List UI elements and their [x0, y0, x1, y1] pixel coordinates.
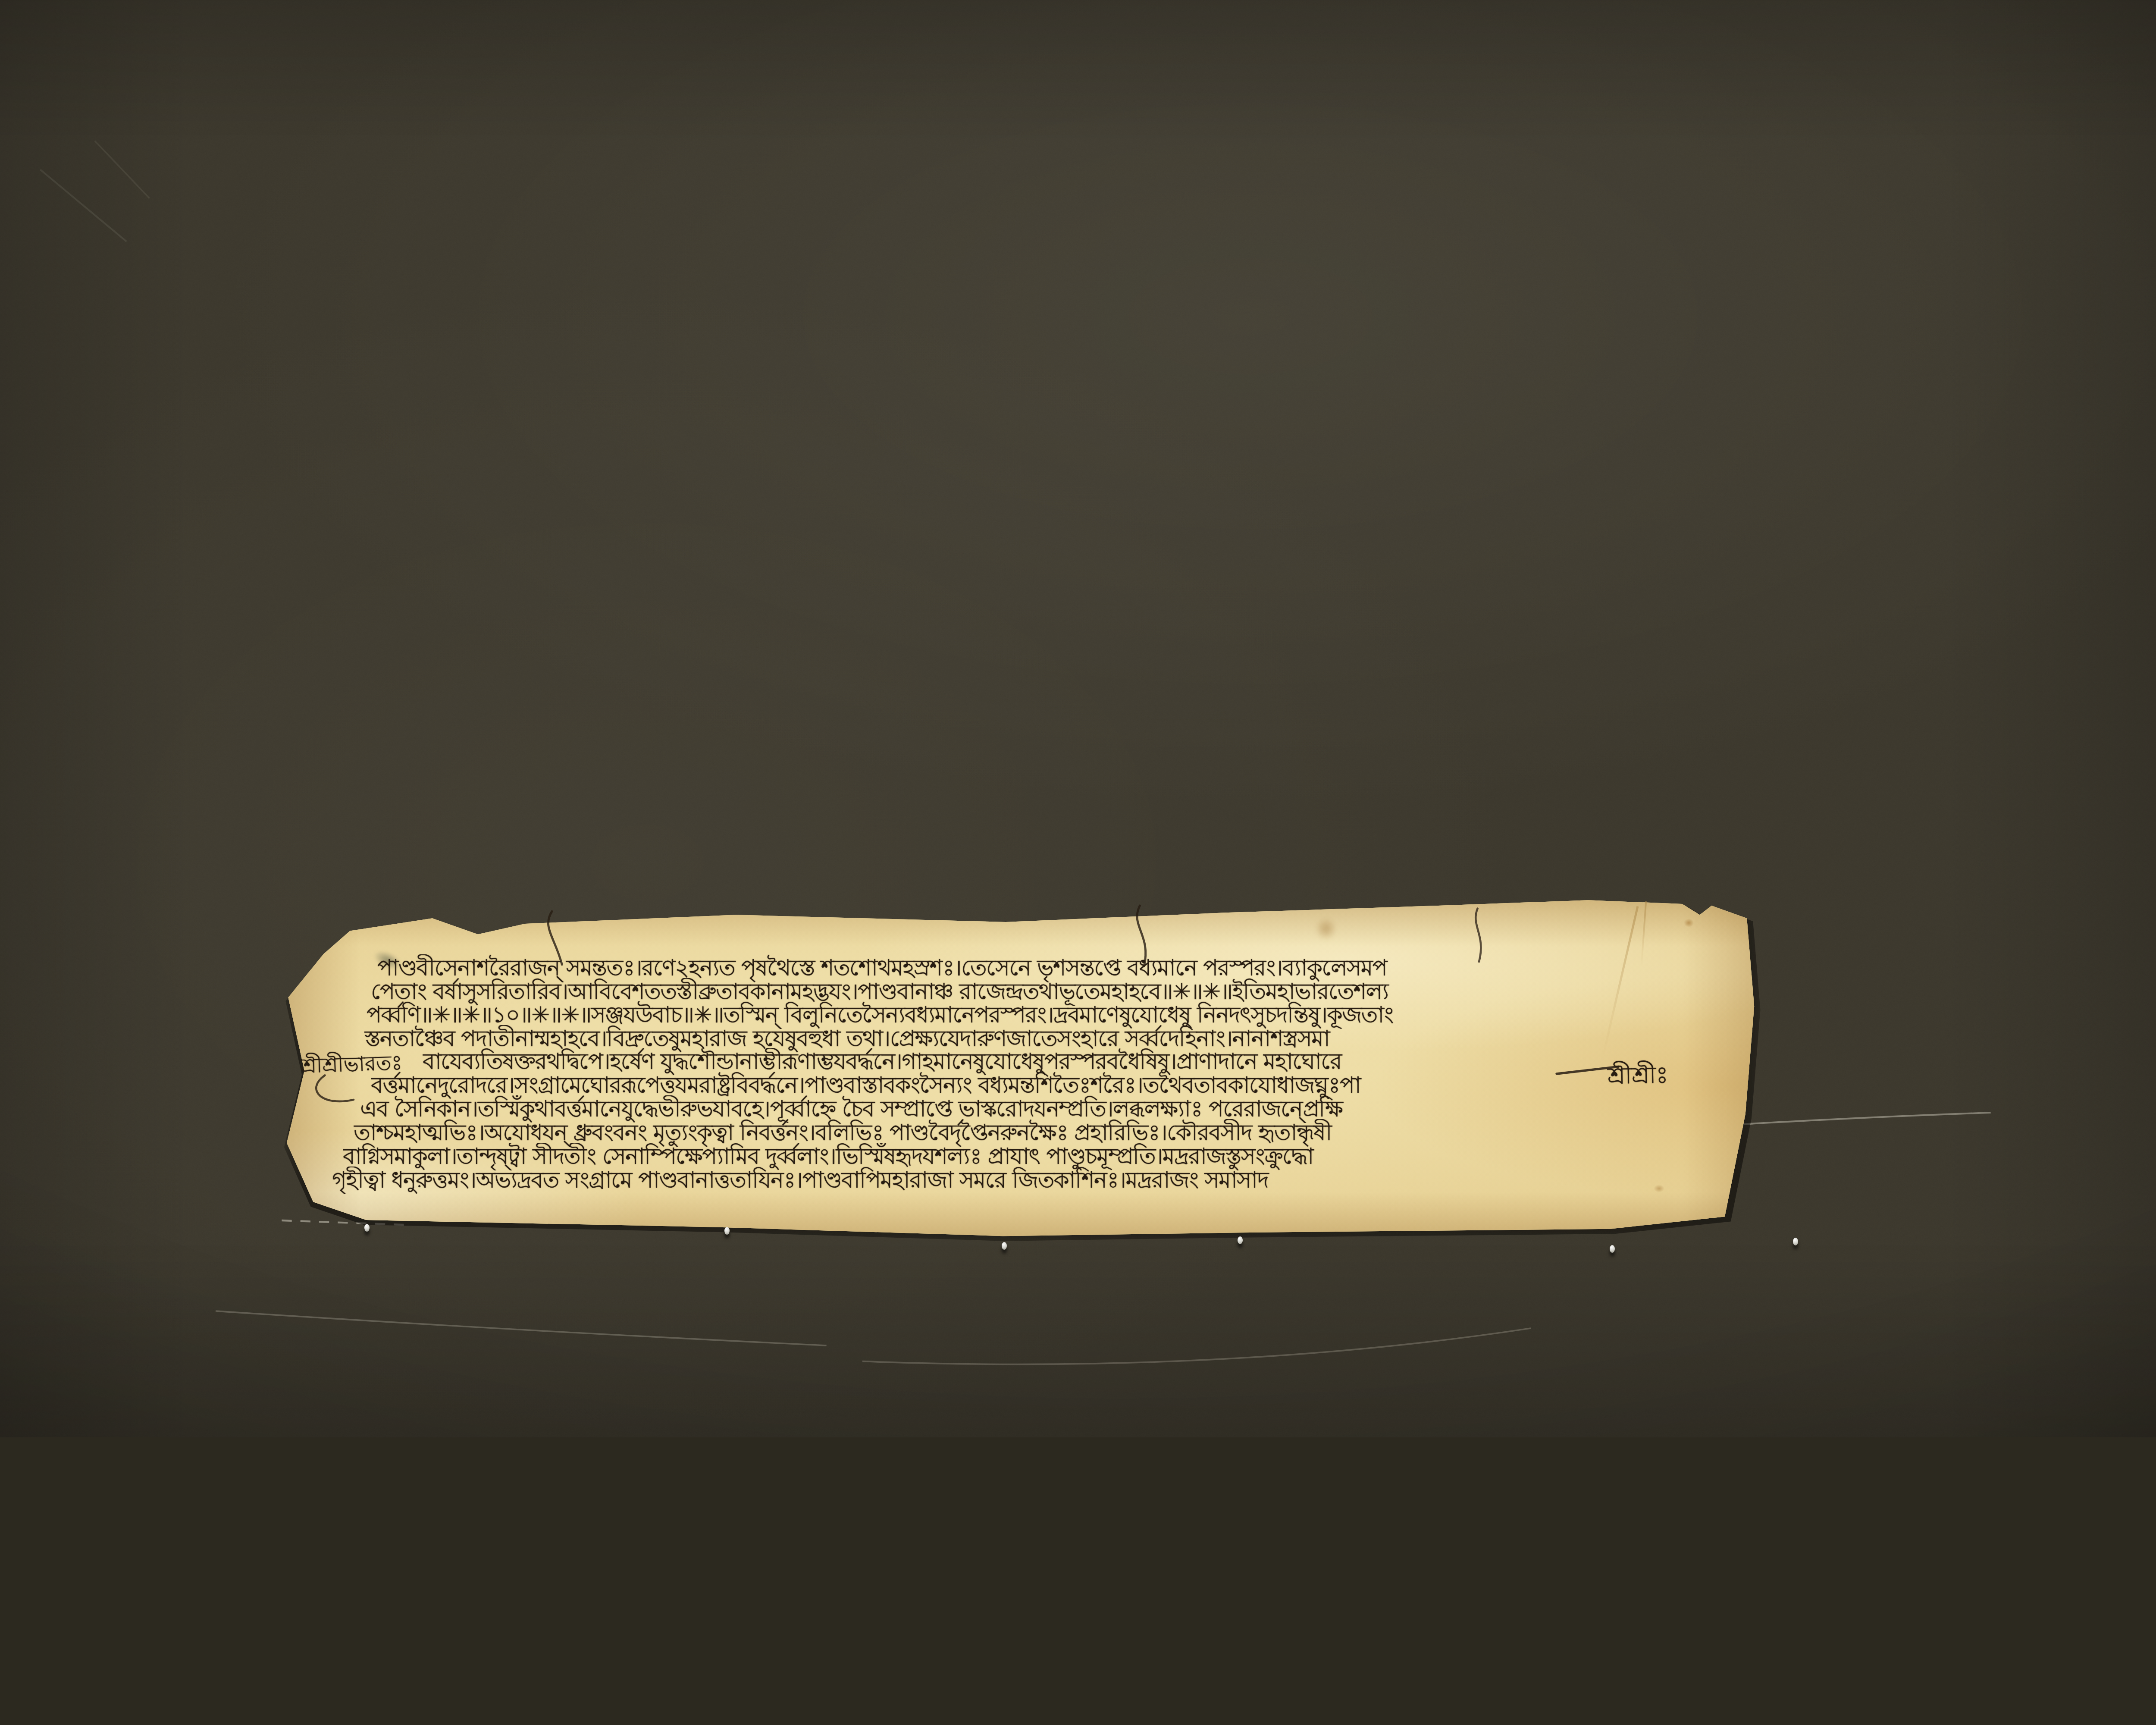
ink-flourish-strokes — [0, 0, 2156, 1437]
photograph: পাণ্ডবীসেনাশরৈরাজন্ সমন্ততঃ।রণে২হন্যত পৃ… — [0, 0, 2156, 1437]
mounting-pin — [1238, 1236, 1243, 1244]
mounting-pin — [1793, 1238, 1798, 1245]
mounting-pin — [1002, 1242, 1007, 1250]
mounting-pin — [724, 1227, 730, 1235]
text-line: গৃহীত্বা ধনুরুত্তমং।অভ্যদ্রবত সংগ্রামে প… — [332, 1167, 1587, 1194]
left-margin-invocation: শ্রীশ্রীভারতঃ — [300, 1047, 403, 1085]
mounting-pin — [1610, 1245, 1615, 1253]
right-margin-invocation: শ্রীশ্রীঃ — [1607, 1057, 1669, 1096]
